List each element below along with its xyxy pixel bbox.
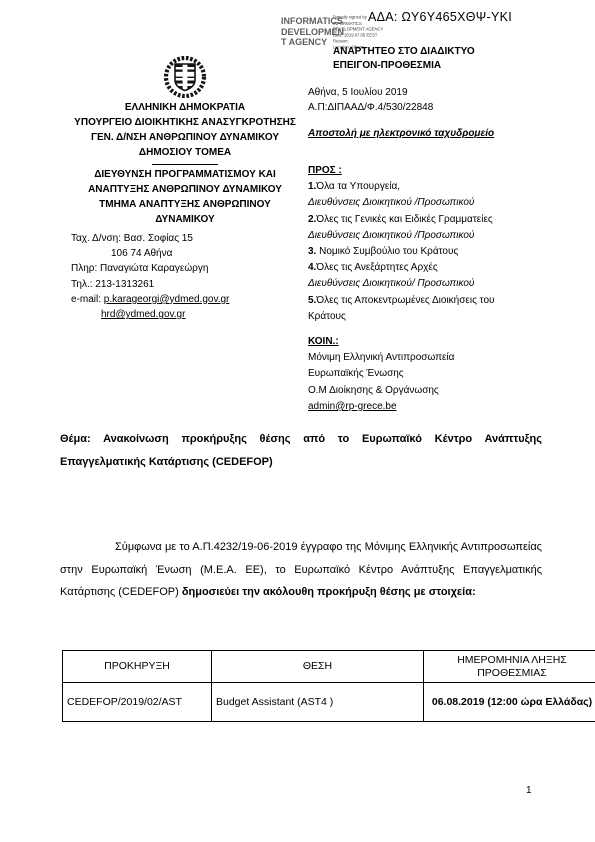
- stamp-agency-line: INFORMATICS: [281, 16, 341, 27]
- to-section: ΠΡΟΣ : 1.Όλα τα Υπουργεία, Διευθύνσεις Δ…: [308, 163, 568, 325]
- org-line-republic: ΕΛΛΗΝΙΚΗ ΔΗΜΟΚΡΑΤΙΑ: [50, 100, 320, 115]
- email-label: e-mail:: [71, 294, 101, 305]
- body-bold-part: δημοσιεύει την ακόλουθη προκήρυξη θέσης …: [182, 586, 476, 598]
- to-line: Διευθύνσεις Διοικητικού /Προσωπικού: [308, 228, 568, 244]
- header-announcement: ΠΡΟΚΗΡΥΞΗ: [63, 651, 212, 683]
- to-line: 1.Όλα τα Υπουργεία,: [308, 179, 568, 195]
- to-line: 5.Όλες τις Αποκεντρωμένες Διοικήσεις του: [308, 293, 568, 309]
- notice-internet-posting: ΑΝΑΡΤΗΤΕΟ ΣΤΟ ΔΙΑΔΙΚΤΥΟ: [333, 46, 475, 57]
- cc-line: Ευρωπαϊκής Ένωσης: [308, 366, 568, 382]
- cc-label: ΚΟΙΝ.:: [308, 334, 568, 350]
- document-page: ΑΔΑ: ΩΥ6Υ465ΧΘΨ-ΥΚΙ INFORMATICS DEVELOPM…: [0, 0, 595, 842]
- to-line: Διευθύνσεις Διοικητικού /Προσωπικού: [308, 195, 568, 211]
- table-header-row: ΠΡΟΚΗΡΥΞΗ ΘΕΣΗ ΗΜΕΡΟΜΗΝΙΑ ΛΗΞΗΣ ΠΡΟΘΕΣΜΙ…: [63, 651, 595, 683]
- contact-block: Ταχ. Δ/νση: Βασ. Σοφίας 15 106 74 Αθήνα …: [71, 231, 229, 322]
- cell-announcement: CEDEFOP/2019/02/AST: [63, 683, 212, 722]
- division-line: ΔΥΝΑΜΙΚΟΥ: [50, 212, 320, 227]
- email-line: e-mail: p.karageorgi@ydmed.gov.gr: [71, 292, 229, 307]
- meta-block: Αθήνα, 5 Ιουλίου 2019 Α.Π:ΔΙΠΑΑΔ/Φ.4/530…: [308, 85, 494, 141]
- cc-line: Μόνιμη Ελληνική Αντιπροσωπεία: [308, 350, 568, 366]
- header-position: ΘΕΣΗ: [212, 651, 424, 683]
- to-label: ΠΡΟΣ :: [308, 163, 568, 179]
- stamp-agency-line: DEVELOPMEN: [281, 27, 341, 38]
- cc-line: Ο.Μ Διοίκησης & Οργάνωσης: [308, 383, 568, 399]
- subject-label: Θέμα:: [60, 433, 91, 445]
- delivery-method-line: Αποστολή με ηλεκτρονικό ταχυδρομείο: [308, 126, 494, 141]
- org-divider: [152, 164, 218, 165]
- org-line-general-directorate: ΓΕΝ. Δ/ΝΣΗ ΑΝΘΡΩΠΙΝΟΥ ΔΥΝΑΜΙΚΟΥ: [50, 130, 320, 145]
- division-line: ΤΜΗΜΑ ΑΝΑΠΤΥΞΗΣ ΑΝΘΡΩΠΙΝΟΥ: [50, 197, 320, 212]
- cc-section: ΚΟΙΝ.: Μόνιμη Ελληνική Αντιπροσωπεία Ευρ…: [308, 334, 568, 415]
- protocol-number-line: Α.Π:ΔΙΠΑΑΔ/Φ.4/530/22848: [308, 100, 494, 115]
- address-line-2: 106 74 Αθήνα: [71, 246, 229, 261]
- address-line-1: Ταχ. Δ/νση: Βασ. Σοφίας 15: [71, 231, 229, 246]
- to-line: 4.Όλες τις Ανεξάρτητες Αρχές: [308, 260, 568, 276]
- org-line-ministry: ΥΠΟΥΡΓΕΙΟ ΔΙΟΙΚΗΤΙΚΗΣ ΑΝΑΣΥΓΚΡΟΤΗΣΗΣ: [50, 115, 320, 130]
- greek-coat-of-arms-icon: [163, 55, 207, 99]
- email-link-primary[interactable]: p.karageorgi@ydmed.gov.gr: [104, 294, 230, 305]
- city-date-line: Αθήνα, 5 Ιουλίου 2019: [308, 85, 494, 100]
- subject-line: Θέμα: Ανακοίνωση προκήρυξης θέσης από το…: [60, 428, 542, 473]
- cc-email-link[interactable]: admin@rp-grece.be: [308, 401, 397, 412]
- digital-signature-stamp: INFORMATICS DEVELOPMEN T AGENCY: [281, 16, 341, 48]
- division-line: ΔΙΕΥΘΥΝΣΗ ΠΡΟΓΡΑΜΜΑΤΙΣΜΟΥ ΚΑΙ: [50, 167, 320, 182]
- subject-text: Ανακοίνωση προκήρυξης θέσης από το Ευρωπ…: [60, 433, 542, 468]
- to-line: Κράτους: [308, 309, 568, 325]
- org-line-sector: ΔΗΜΟΣΙΟΥ ΤΟΜΕΑ: [50, 145, 320, 160]
- to-line: 2.Όλες τις Γενικές και Ειδικές Γραμματεί…: [308, 212, 568, 228]
- page-number: 1: [526, 785, 532, 796]
- phone-line: Τηλ.: 213-1313261: [71, 277, 229, 292]
- vacancy-table: ΠΡΟΚΗΡΥΞΗ ΘΕΣΗ ΗΜΕΡΟΜΗΝΙΑ ΛΗΞΗΣ ΠΡΟΘΕΣΜΙ…: [62, 650, 595, 722]
- body-paragraph: Σύμφωνα με το Α.Π.4232/19-06-2019 έγγραφ…: [60, 536, 542, 604]
- cell-position: Budget Assistant (AST4 ): [212, 683, 424, 722]
- table-row: CEDEFOP/2019/02/AST Budget Assistant (AS…: [63, 683, 595, 722]
- cell-deadline: 06.08.2019 (12:00 ώρα Ελλάδας): [424, 683, 595, 722]
- email-link-secondary[interactable]: hrd@ydmed.gov.gr: [101, 309, 185, 320]
- stamp-agency-line: T AGENCY: [281, 37, 341, 48]
- notice-urgent: ΕΠΕΙΓΟΝ-ΠΡΟΘΕΣΜΙΑ: [333, 60, 441, 71]
- contact-person-line: Πληρ: Παναγιώτα Καραγεώργη: [71, 261, 229, 276]
- division-line: ΑΝΑΠΤΥΞΗΣ ΑΝΘΡΩΠΙΝΟΥ ΔΥΝΑΜΙΚΟΥ: [50, 182, 320, 197]
- to-line: Διευθύνσεις Διοικητικού/ Προσωπικού: [308, 276, 568, 292]
- to-line: 3. Νομικό Συμβούλιο του Κράτους: [308, 244, 568, 260]
- header-deadline: ΗΜΕΡΟΜΗΝΙΑ ΛΗΞΗΣ ΠΡΟΘΕΣΜΙΑΣ: [424, 651, 595, 683]
- org-header-block: ΕΛΛΗΝΙΚΗ ΔΗΜΟΚΡΑΤΙΑ ΥΠΟΥΡΓΕΙΟ ΔΙΟΙΚΗΤΙΚΗ…: [50, 55, 320, 227]
